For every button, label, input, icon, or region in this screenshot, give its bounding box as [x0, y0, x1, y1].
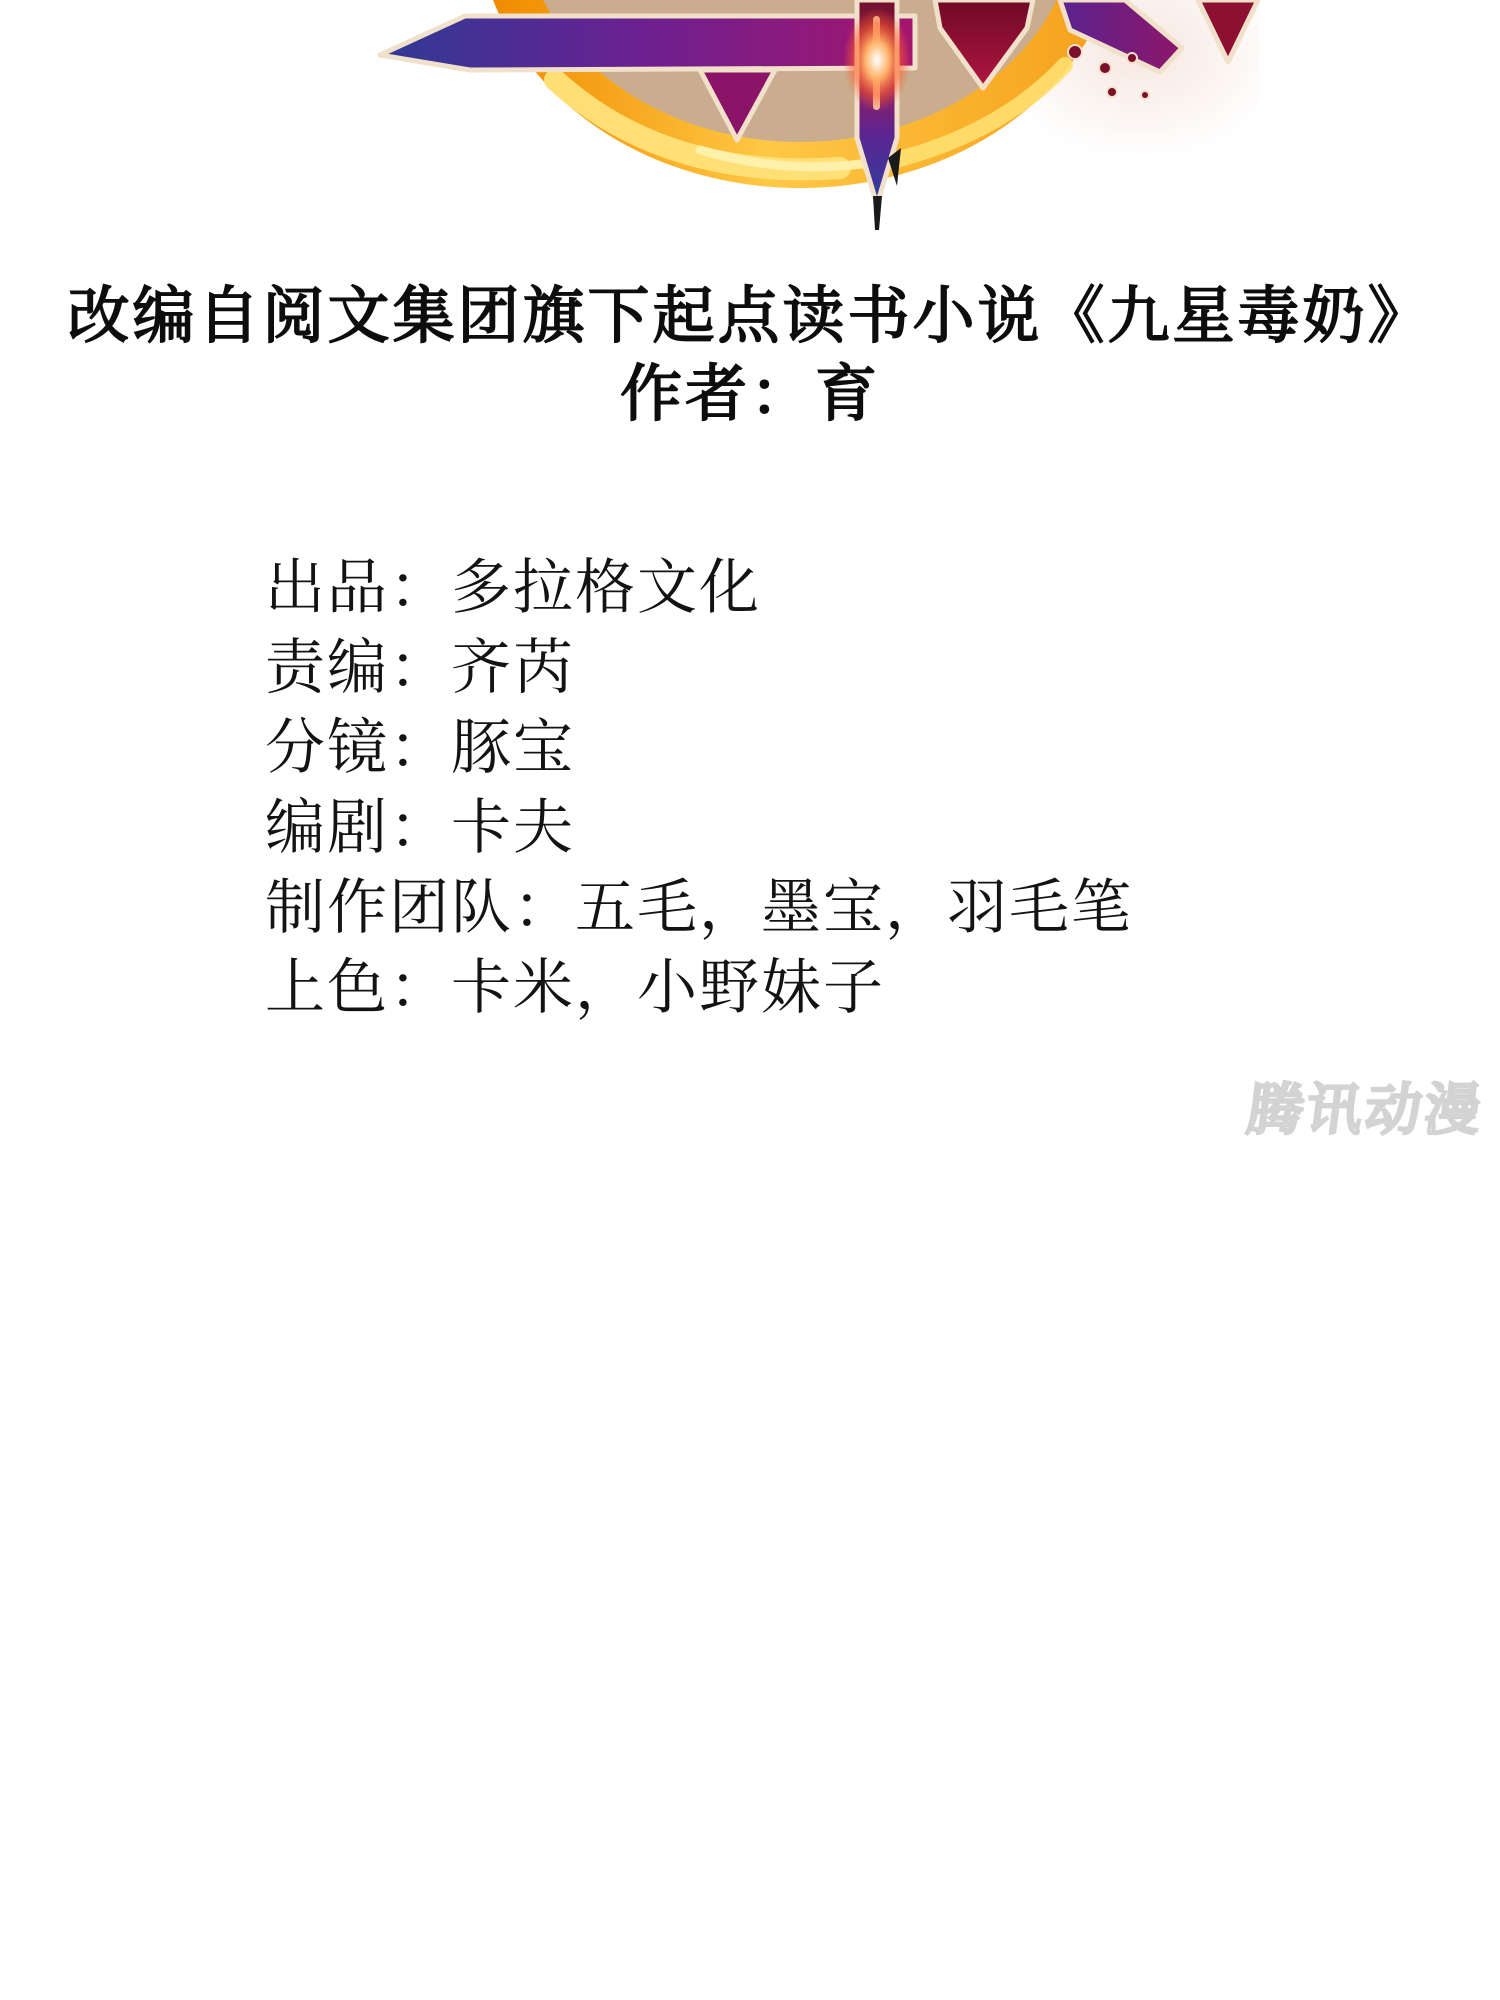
logo-right-arrow-stroke [935, 0, 1033, 88]
series-logo [370, 0, 1260, 232]
logo-far-right-wedge [1198, 0, 1258, 62]
logo-ring-highlight-left [555, 80, 840, 169]
credit-line-editor: 责编：齐芮 [265, 628, 1133, 708]
credit-line-coloring: 上色：卡米，小野妹子 [265, 948, 1133, 1028]
logo-disc [500, 0, 1100, 165]
tencent-comics-watermark: 腾讯动漫 [1243, 1066, 1489, 1146]
logo-left-bar-stroke [380, 16, 915, 70]
author-line: 作者：育 [0, 344, 1500, 433]
logo-blade-light [873, 16, 880, 110]
adaptation-notice: 改编自阅文集团旗下起点读书小说《九星毒奶》 [0, 266, 1500, 355]
logo-center-sword [857, 0, 897, 205]
series-logo-artwork [370, 0, 1260, 232]
logo-ink-drip-side [888, 148, 901, 186]
logo-gold-ring [500, 0, 1100, 165]
credits-list: 出品：多拉格文化 责编：齐芮 分镜：豚宝 编剧：卡夫 制作团队：五毛，墨宝，羽毛… [265, 548, 1133, 1028]
credit-line-producer: 出品：多拉格文化 [265, 548, 1133, 628]
credit-line-production-team: 制作团队：五毛，墨宝，羽毛笔 [265, 868, 1133, 948]
logo-blush [990, 0, 1260, 160]
logo-ring-highlight-right [870, 65, 1065, 166]
logo-ink-drip [873, 196, 882, 230]
logo-lens-flare [843, 8, 911, 112]
logo-far-right-slant [1060, 0, 1182, 72]
logo-ring-streak [700, 150, 875, 167]
credit-line-storyboard: 分镜：豚宝 [265, 708, 1133, 788]
logo-droplet-dots [1068, 45, 1149, 99]
comic-credits-page: 改编自阅文集团旗下起点读书小说《九星毒奶》 作者：育 出品：多拉格文化 责编：齐… [0, 0, 1500, 2000]
logo-underbar-wedge [700, 70, 775, 140]
credit-line-screenwriter: 编剧：卡夫 [265, 788, 1133, 868]
